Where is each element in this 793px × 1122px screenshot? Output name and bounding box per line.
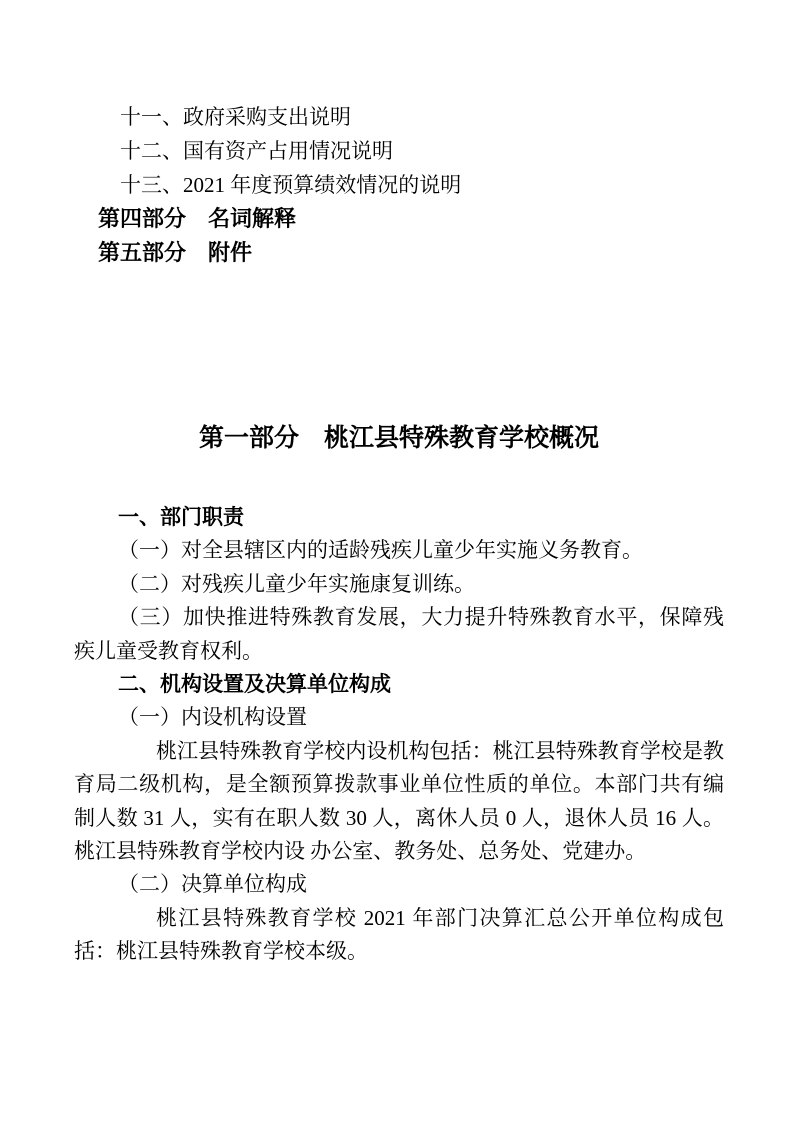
section2-sub1-paragraph: 桃江县特殊教育学校内设机构包括：桃江县特殊教育学校是教育局二级机构，是全额预算拨…: [74, 735, 724, 869]
section1-heading: 一、部门职责: [74, 501, 724, 534]
toc-part-5-heading: 第五部分 附件: [74, 236, 724, 270]
section2-sub2-paragraph: 桃江县特殊教育学校 2021 年部门决算汇总公开单位构成包括：桃江县特殊教育学校…: [74, 902, 724, 969]
toc-item-13: 十三、2021 年度预算绩效情况的说明: [74, 168, 724, 202]
section2-sub1-heading: （一）内设机构设置: [74, 701, 724, 734]
section2-sub2-heading: （二）决算单位构成: [74, 868, 724, 901]
section1-item-3: （三）加快推进特殊教育发展，大力提升特殊教育水平，保障残疾儿童受教育权利。: [74, 601, 724, 668]
section2-heading: 二、机构设置及决算单位构成: [74, 668, 724, 701]
toc-item-11: 十一、政府采购支出说明: [74, 100, 724, 134]
toc-part-4-heading: 第四部分 名词解释: [74, 202, 724, 236]
part1-body: 一、部门职责 （一）对全县辖区内的适龄残疾儿童少年实施义务教育。 （二）对残疾儿…: [74, 501, 724, 969]
part1-title: 第一部分 桃江县特殊教育学校概况: [74, 421, 724, 457]
document-page: 十一、政府采购支出说明 十二、国有资产占用情况说明 十三、2021 年度预算绩效…: [0, 0, 793, 1122]
section1-item-1: （一）对全县辖区内的适龄残疾儿童少年实施义务教育。: [74, 534, 724, 567]
toc-item-12: 十二、国有资产占用情况说明: [74, 134, 724, 168]
table-of-contents: 十一、政府采购支出说明 十二、国有资产占用情况说明 十三、2021 年度预算绩效…: [74, 100, 724, 270]
section1-item-2: （二）对残疾儿童少年实施康复训练。: [74, 568, 724, 601]
